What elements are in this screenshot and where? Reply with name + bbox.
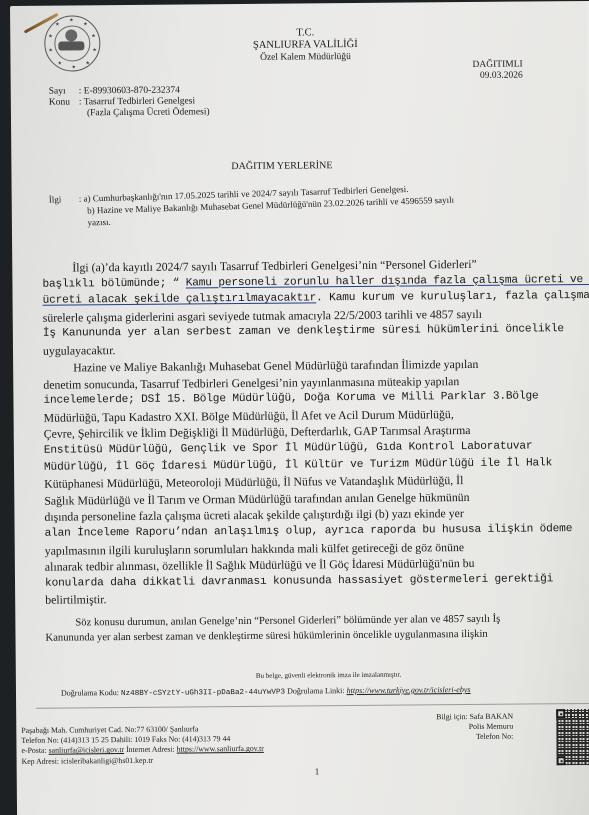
paragraph-1: İlgi (a)’da kayıtlı 2024/7 sayılı Tasarr… bbox=[42, 254, 589, 359]
underlined-quote: ücreti alacak şekilde çalıştırılmayacakt… bbox=[43, 293, 317, 307]
konu-label: Konu bbox=[49, 97, 79, 108]
p3-line: Kanununda yer alan serbest zaman ve denk… bbox=[45, 627, 500, 646]
website-link[interactable]: https://www.sanliurfa.gov.tr bbox=[177, 744, 264, 754]
sayi-label: Sayı bbox=[49, 86, 79, 97]
header-office: Özel Kalem Müdürlüğü bbox=[220, 51, 390, 64]
konu-value: : Tasarruf Tedbirleri Genelgesi bbox=[79, 96, 195, 107]
verification-code: Nz48BY-cSYztY-uGh3II-pDaBa2-44uYwVP3 bbox=[121, 689, 285, 698]
qr-code bbox=[556, 709, 589, 765]
paragraph-3: Söz konusu durumun, anılan Genelge’nin “… bbox=[45, 612, 500, 646]
verification-link[interactable]: https://www.turkiye.gov.tr/icisleri-ebys bbox=[347, 685, 471, 695]
ilgi-block: İlgi: a) Cumhurbaşkanlığı'nın 17.05.2025… bbox=[49, 182, 455, 230]
document-date: 09.03.2026 bbox=[473, 71, 523, 82]
ministry-seal-logo: ★ ★ ★ ★ ★ ★ ★ ★ ★ ★ bbox=[44, 15, 100, 71]
sayi-value: : E-89930603-870-232374 bbox=[79, 86, 180, 97]
document-page: ★ ★ ★ ★ ★ ★ ★ ★ ★ ★ T.C. ŞANLIURFA VALİL… bbox=[10, 1, 589, 815]
distribution-block: DAĞITIMLI 09.03.2026 bbox=[472, 60, 522, 82]
recipient-heading: DAĞITIM YERLERİNE bbox=[231, 160, 332, 172]
ilgi-label: İlgi bbox=[49, 193, 79, 206]
konu-value-2: (Fazla Çalışma Ücreti Ödemesi) bbox=[87, 107, 210, 119]
contact-phone: Telefon No: bbox=[436, 732, 513, 743]
footer-address-block: Paşabağı Mah. Cumhuriyet Cad. No:77 6310… bbox=[21, 724, 264, 767]
footer-divider bbox=[36, 703, 589, 709]
underlined-quote: Kamu personeli zorunlu haller dışında fa… bbox=[186, 273, 589, 289]
contact-person: Bilgi için: Safa BAKAN bbox=[436, 712, 513, 723]
contact-title: Polis Memuru bbox=[436, 722, 513, 733]
email-link[interactable]: sanliurfa@icisleri.gov.tr bbox=[49, 745, 125, 755]
distribution-label: DAĞITIMLI bbox=[472, 60, 522, 71]
e-signature-note: Bu belge, güvenli elektronik imza ile im… bbox=[256, 671, 401, 680]
footer-kep: Kep Adresi: icisleribakanligi@hs01.kep.t… bbox=[22, 754, 264, 766]
contact-block: Bilgi için: Safa BAKAN Polis Memuru Tele… bbox=[436, 712, 513, 743]
footer-email-web: e-Posta: sanliurfa@icisleri.gov.tr İnter… bbox=[21, 744, 263, 756]
page-number: 1 bbox=[315, 766, 320, 776]
verification-line: Doğrulama Kodu: Nz48BY-cSYztY-uGh3II-pDa… bbox=[61, 685, 471, 699]
paragraph-2: Hazine ve Maliye Bakanlığı Muhasebat Gen… bbox=[43, 355, 573, 609]
